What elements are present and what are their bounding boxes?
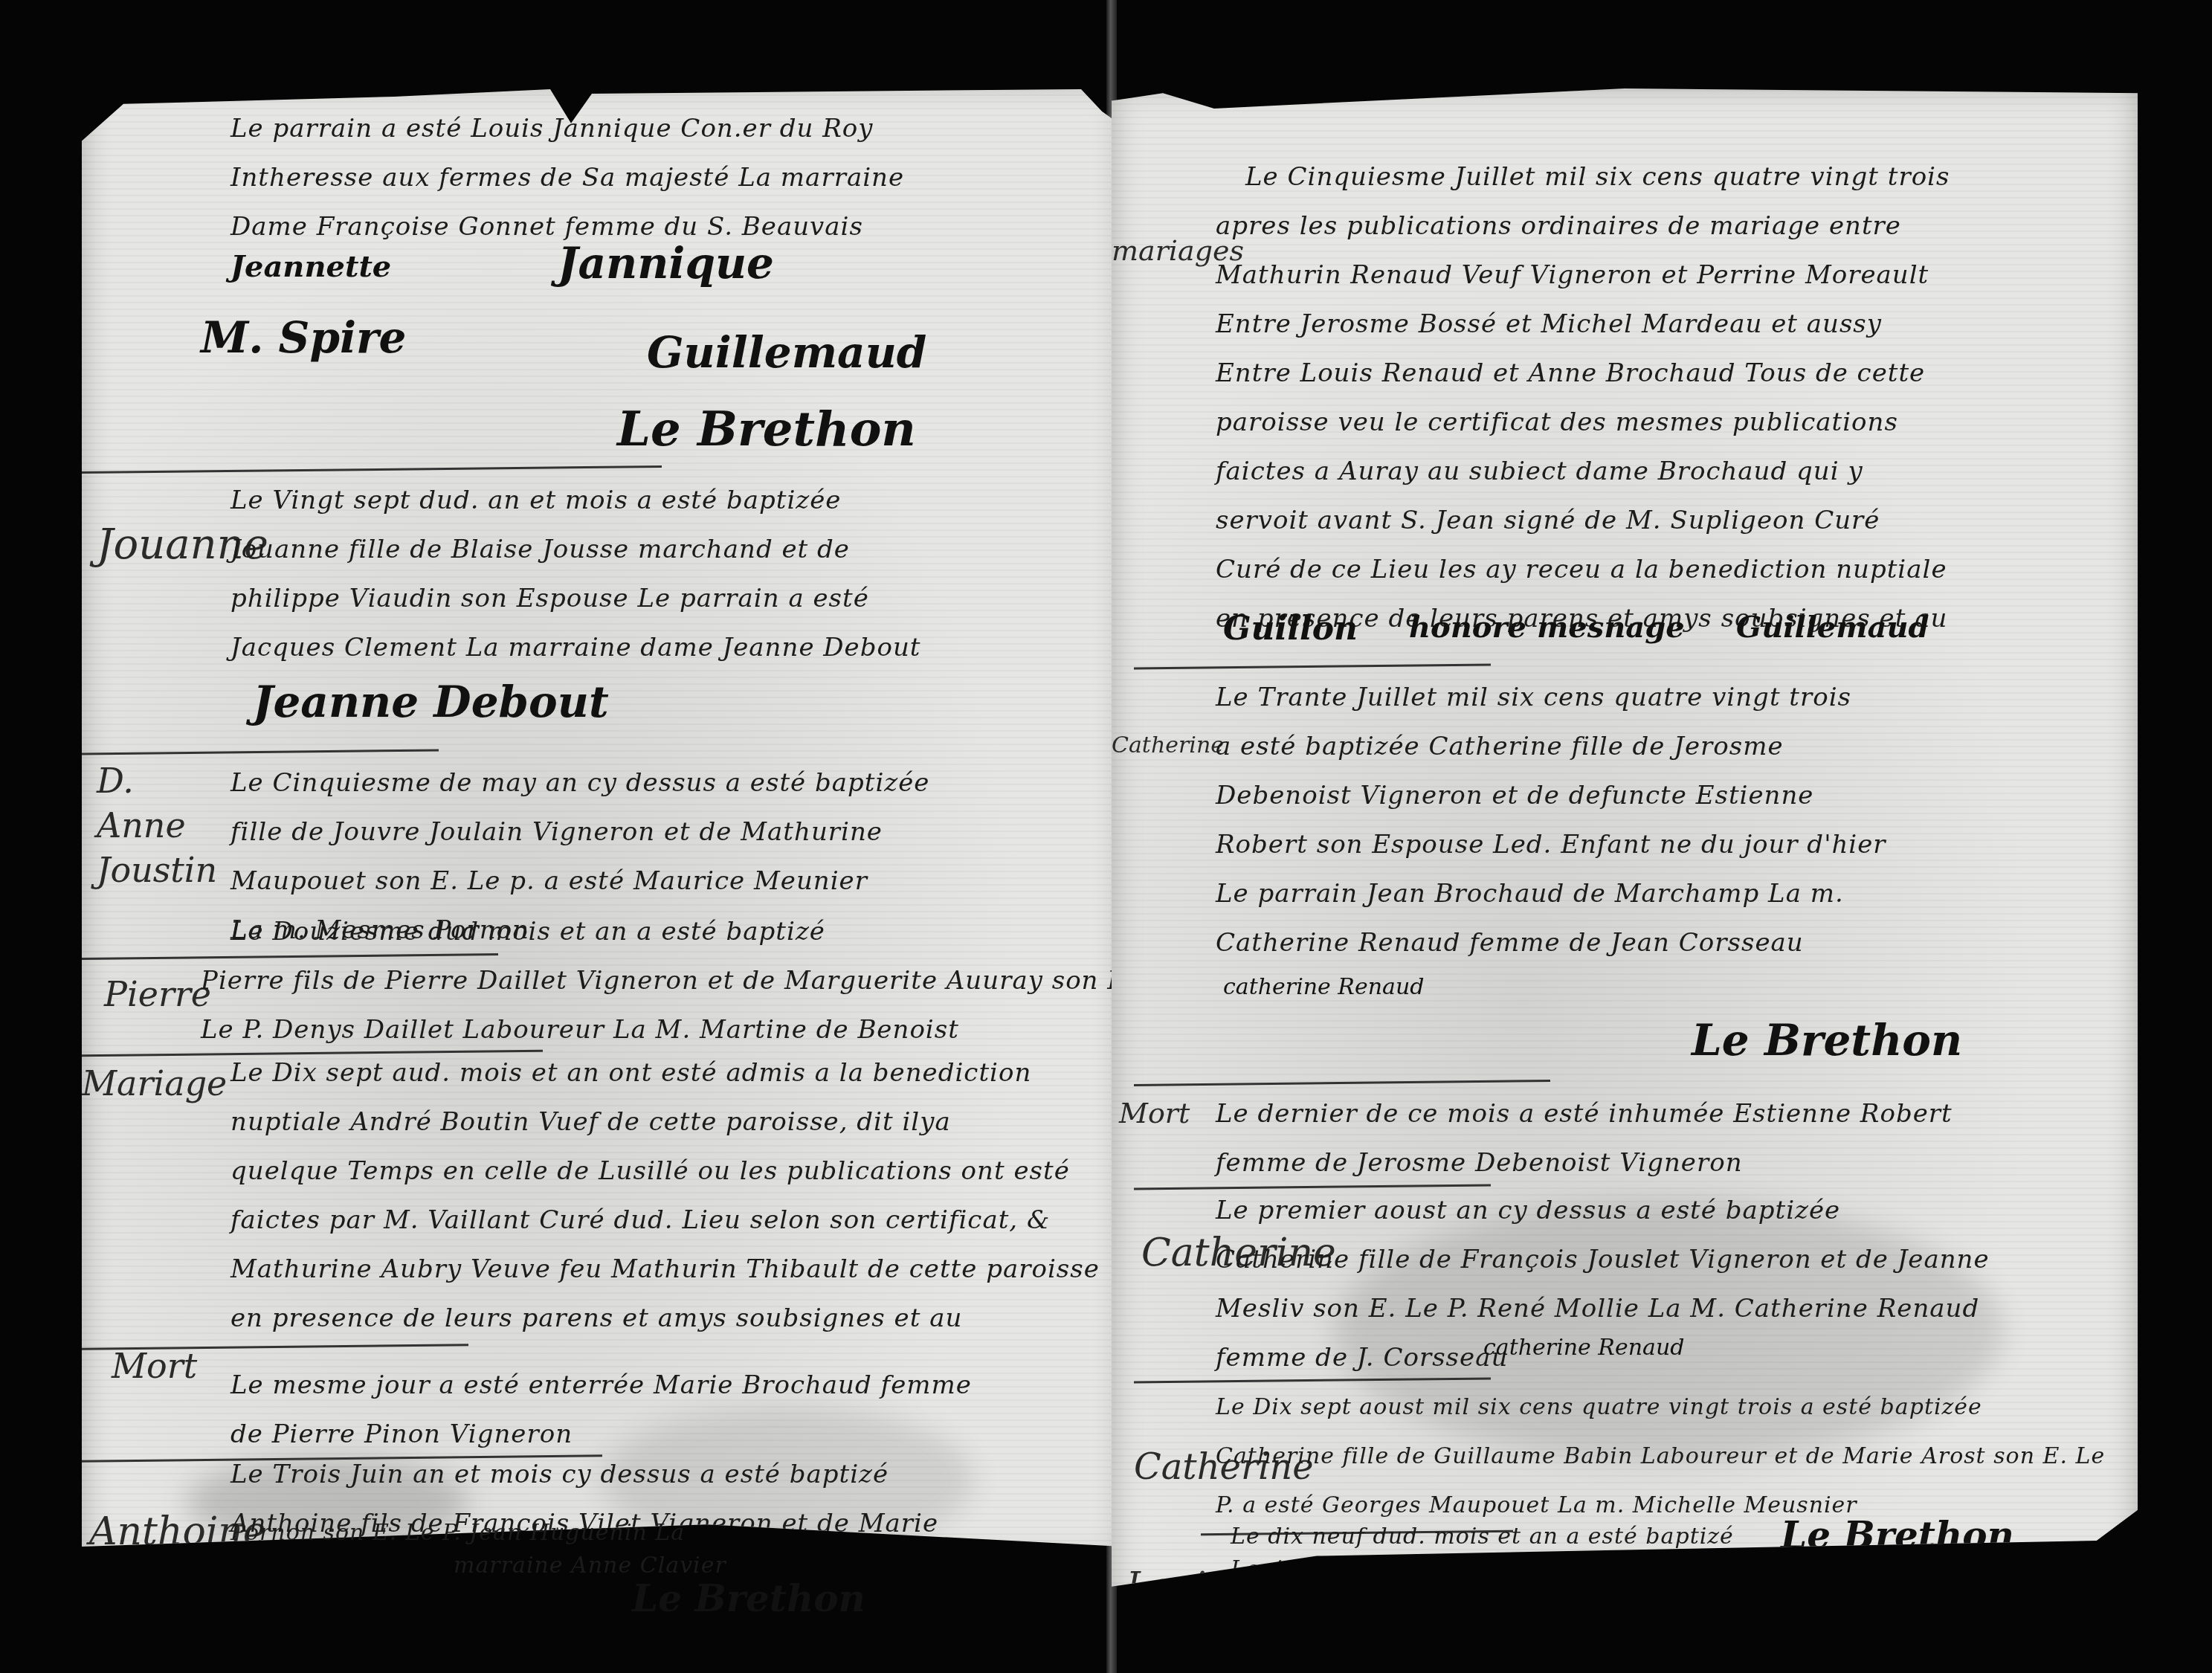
entry-line: Mathurine Aubry Veuve feu Mathurin Thiba… bbox=[230, 1245, 1100, 1294]
margin-name: Catherine bbox=[1112, 732, 1224, 758]
margin-name: Pierre bbox=[104, 974, 211, 1014]
entry-godparents: Le parrain a esté Louis Jannique Con.er … bbox=[230, 104, 904, 251]
entry-line: Maupouet son E. Le p. a esté Maurice Meu… bbox=[230, 857, 930, 906]
entry-line: Le Trante Juillet mil six cens quatre vi… bbox=[1216, 673, 1886, 722]
entry-line: fille de Jouvre Joulain Vigneron et de M… bbox=[230, 808, 930, 857]
entry-line: Le Trois Juin an et mois cy dessus a est… bbox=[230, 1450, 938, 1499]
margin-label-death: Mort bbox=[112, 1346, 197, 1386]
entry-line: Catherine fille de Guillaume Babin Labou… bbox=[1216, 1432, 2105, 1481]
entry-line: Debenoist Vigneron et de defuncte Estien… bbox=[1216, 771, 1886, 820]
entry-burial: Le dernier de ce mois a esté inhumée Est… bbox=[1216, 1089, 1953, 1187]
entry-line: Entre Jerosme Bossé et Michel Mardeau et… bbox=[1216, 300, 1950, 349]
entry-line: Le P. Maurice Maria La m. Marie Pochet bbox=[1231, 1586, 2047, 1619]
entry-line: Louis fils de Jean Maupouet Vigneron et … bbox=[1231, 1553, 2047, 1586]
entry-line: Le Cinquiesme Juillet mil six cens quatr… bbox=[1216, 152, 1950, 202]
signature: Le Brethon bbox=[617, 402, 916, 457]
entry-line: Mesliv son E. Le P. René Mollie La M. Ca… bbox=[1216, 1284, 1990, 1333]
entry-line: faictes a Auray au subiect dame Brochaud… bbox=[1216, 447, 1950, 496]
right-page: mariages Le Cinquiesme Juillet mil six c… bbox=[1112, 86, 2138, 1617]
entry-line: Catherine fille de François Jouslet Vign… bbox=[1216, 1235, 1990, 1284]
entry-marriages: Le Cinquiesme Juillet mil six cens quatr… bbox=[1216, 152, 1950, 643]
signature: Jeanne Debout bbox=[253, 677, 609, 727]
entry-line: Le premier aoust an cy dessus a esté bap… bbox=[1216, 1186, 1990, 1235]
entry-line: servoit avant S. Jean signé de M. Suplig… bbox=[1216, 496, 1950, 545]
entry-line: faictes par M. Vaillant Curé dud. Lieu s… bbox=[230, 1196, 1100, 1245]
entry-line: Le Douziesme dud mois et an a esté bapti… bbox=[201, 907, 1135, 956]
entry-line: Robert son Espouse Led. Enfant ne du jou… bbox=[1216, 820, 1886, 869]
entry-line: Le Dix sept aud. mois et an ont esté adm… bbox=[230, 1048, 1100, 1097]
entry-baptism: Le Douziesme dud mois et an a esté bapti… bbox=[201, 907, 1135, 1054]
entry-line: Catherine Renaud femme de Jean Corsseau bbox=[1216, 918, 1886, 967]
margin-label-marriage: Mariage bbox=[82, 1063, 227, 1103]
entry-line: quelque Temps en celle de Lusillé ou les… bbox=[230, 1147, 1100, 1196]
entry-marriage: Le Dix sept aud. mois et an ont esté adm… bbox=[230, 1048, 1100, 1343]
signature: Le Brethon bbox=[1781, 1513, 2014, 1557]
entry-burial: Le mesme jour a esté enterrée Marie Broc… bbox=[230, 1361, 972, 1459]
signature: catherine Renaud bbox=[1483, 1335, 1684, 1361]
entry-divider bbox=[82, 749, 439, 755]
signature: M. Spire bbox=[201, 312, 407, 363]
signature: Le Brethon bbox=[1692, 1015, 1962, 1066]
entry-line: Le Cinquiesme de may an cy dessus a esté… bbox=[230, 758, 930, 808]
entry-baptism: Le Dix sept aoust mil six cens quatre vi… bbox=[1216, 1383, 2105, 1530]
left-page: Le parrain a esté Louis Jannique Con.er … bbox=[82, 82, 1123, 1561]
margin-label-death: Mort bbox=[1119, 1097, 1190, 1129]
signature: Guillemaud bbox=[647, 327, 926, 378]
entry-divider bbox=[1134, 663, 1491, 669]
entry-line: femme de Jerosme Debenoist Vigneron bbox=[1216, 1138, 1953, 1187]
signature: honore mesnage bbox=[1409, 610, 1685, 645]
entry-line: Le parrain a esté Louis Jannique Con.er … bbox=[230, 104, 904, 153]
signature: Jannique bbox=[558, 238, 774, 288]
entry-line: a esté baptizée Catherine fille de Jeros… bbox=[1216, 722, 1886, 771]
entry-line: Curé de ce Lieu les ay receu a la benedi… bbox=[1216, 545, 1950, 594]
entry-baptism: Le Trante Juillet mil six cens quatre vi… bbox=[1216, 673, 1886, 967]
margin-name: Louis bbox=[1126, 1565, 1225, 1607]
margin-name: D. Anne Joustin bbox=[97, 758, 230, 892]
signature: catherine Renaud bbox=[1223, 974, 1424, 1000]
entry-line: Mathurin Renaud Veuf Vigneron et Perrine… bbox=[1216, 251, 1950, 300]
entry-baptism-continued: Pornon son E. Le P. Jean Huguenin La mar… bbox=[230, 1517, 726, 1582]
entry-line: Le Vingt sept dud. an et mois a esté bap… bbox=[230, 476, 921, 525]
entry-line: Jouanne fille de Blaise Jousse marchand … bbox=[230, 525, 921, 574]
entry-line: Le mesme jour a esté enterrée Marie Broc… bbox=[230, 1361, 972, 1410]
entry-line: Le P. Denys Daillet Laboureur La M. Mart… bbox=[201, 1005, 1135, 1054]
entry-line: Le Dix sept aoust mil six cens quatre vi… bbox=[1216, 1383, 2105, 1432]
entry-line: paroisse veu le certificat des mesmes pu… bbox=[1216, 398, 1950, 447]
signature: Le Brethon bbox=[632, 1576, 865, 1620]
entry-line: philippe Viaudin son Espouse Le parrain … bbox=[230, 574, 921, 623]
entry-line: Entre Louis Renaud et Anne Brochaud Tous… bbox=[1216, 349, 1950, 398]
entry-line: Jacques Clement La marraine dame Jeanne … bbox=[230, 623, 921, 672]
entry-line: Pornon son E. Le P. Jean Huguenin La bbox=[230, 1517, 726, 1550]
signature: Jeannette bbox=[230, 249, 391, 284]
signature: Guillon bbox=[1223, 610, 1358, 648]
entry-divider bbox=[1134, 1080, 1550, 1086]
entry-line: apres les publications ordinaires de mar… bbox=[1216, 202, 1950, 251]
entry-line: Pierre fils de Pierre Daillet Vigneron e… bbox=[201, 956, 1135, 1005]
signature: Guillemaud bbox=[1736, 610, 1929, 645]
entry-line: Le dernier de ce mois a esté inhumée Est… bbox=[1216, 1089, 1953, 1138]
entry-line: Le parrain Jean Brochaud de Marchamp La … bbox=[1216, 869, 1886, 918]
entry-line: en presence de leurs parens et amys soub… bbox=[230, 1294, 1100, 1343]
entry-line: Intheresse aux fermes de Sa majesté La m… bbox=[230, 153, 904, 202]
entry-divider bbox=[82, 465, 662, 474]
entry-line: nuptiale André Boutin Vuef de cette paro… bbox=[230, 1097, 1100, 1147]
entry-baptism: Le Vingt sept dud. an et mois a esté bap… bbox=[230, 476, 921, 672]
